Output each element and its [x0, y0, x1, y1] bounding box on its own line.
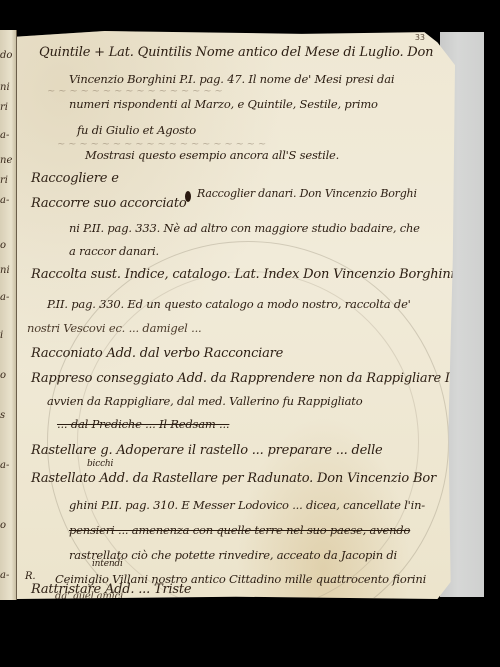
left-fragment: a-	[0, 292, 16, 303]
entry-line: Quintile + Lat. Quintilis Nome antico de…	[39, 45, 433, 60]
left-fragment: a-	[0, 460, 16, 471]
ink-blot	[185, 191, 191, 202]
left-fragment: a-	[0, 570, 16, 581]
entry-line: avvien da Rappigliare, dal med. Vallerin…	[47, 394, 362, 408]
superscript-insertion: intendi	[92, 559, 123, 569]
left-fragment: o	[0, 520, 16, 531]
superscript-insertion: bicchi	[87, 459, 113, 469]
entry-line: Mostrasi questo esempio ancora all'S ses…	[85, 148, 339, 162]
bleed-through-text: ~ ~ ~ ~ ~ ~ ~ ~ ~ ~ ~ ~ ~ ~ ~ ~	[47, 86, 223, 97]
entry-headword: Rappreso conseggiato Add. da Rapprendere…	[31, 371, 480, 386]
entry-headword: Raccogliere e	[31, 171, 119, 186]
left-fragment: o	[0, 240, 16, 251]
left-fragment: ni	[0, 265, 16, 276]
entry-line: nostri Vescovi ec. ... damigel ...	[27, 321, 201, 335]
left-fragment: a-	[0, 195, 16, 206]
entry-headword: Raccorre suo accorciato	[31, 196, 186, 211]
entry-line: P.II. pag. 330. Ed un questo catalogo a …	[47, 297, 411, 311]
marginal-note: R.	[25, 571, 35, 582]
left-fragment: ri	[0, 175, 16, 186]
folio-number: 33	[415, 33, 425, 42]
entry-line: Vincenzio Borghini P.I. pag. 47. Il nome…	[69, 72, 394, 86]
left-fragment: ni	[0, 82, 16, 93]
entry-headword: Rattristare Add. ... Triste	[31, 582, 191, 597]
left-fragment: a-	[0, 130, 16, 141]
left-fragment: ri	[0, 102, 16, 113]
struck-line: ... dal Prediche ... Il Redsam ...	[57, 417, 229, 431]
entry-line: a raccor danari.	[69, 244, 159, 258]
entry-headword: Rastellare g. Adoperare il rastello ... …	[31, 443, 383, 458]
entry-line: pensieri ... amenenza con quelle terre n…	[69, 523, 410, 537]
manuscript-page: 33 ~ ~ ~ ~ ~ ~ ~ ~ ~ ~ ~ ~ ~ ~ ~ ~ ~ ~ ~…	[17, 31, 455, 599]
entry-line: numeri rispondenti al Marzo, e Quintile,…	[69, 97, 378, 111]
entry-headword: Racconiato Add. dal verbo Racconciare	[31, 346, 283, 361]
left-fragment: i	[0, 330, 16, 341]
entry-line: fu di Giulio et Agosto	[77, 123, 196, 137]
entry-line: ghini P.II. pag. 310. E Messer Lodovico …	[69, 498, 425, 512]
entry-headword: Raccolta sust. Indice, catalogo. Lat. In…	[31, 267, 455, 282]
entry-headword: Rastellato Add. da Rastellare per Raduna…	[31, 471, 436, 486]
left-fragment: o	[0, 370, 16, 381]
left-fragment: s	[0, 410, 16, 421]
entry-line: ni P.II. pag. 333. Nè ad altro con maggi…	[69, 221, 420, 235]
left-fragment: do	[0, 50, 16, 61]
left-fragment: ne	[0, 155, 16, 166]
left-page-edge: do ni ri a- ne ri a- o ni a- i o s a- o …	[0, 30, 17, 600]
entry-aside: Raccoglier danari. Don Vincenzio Borghi	[197, 187, 417, 200]
